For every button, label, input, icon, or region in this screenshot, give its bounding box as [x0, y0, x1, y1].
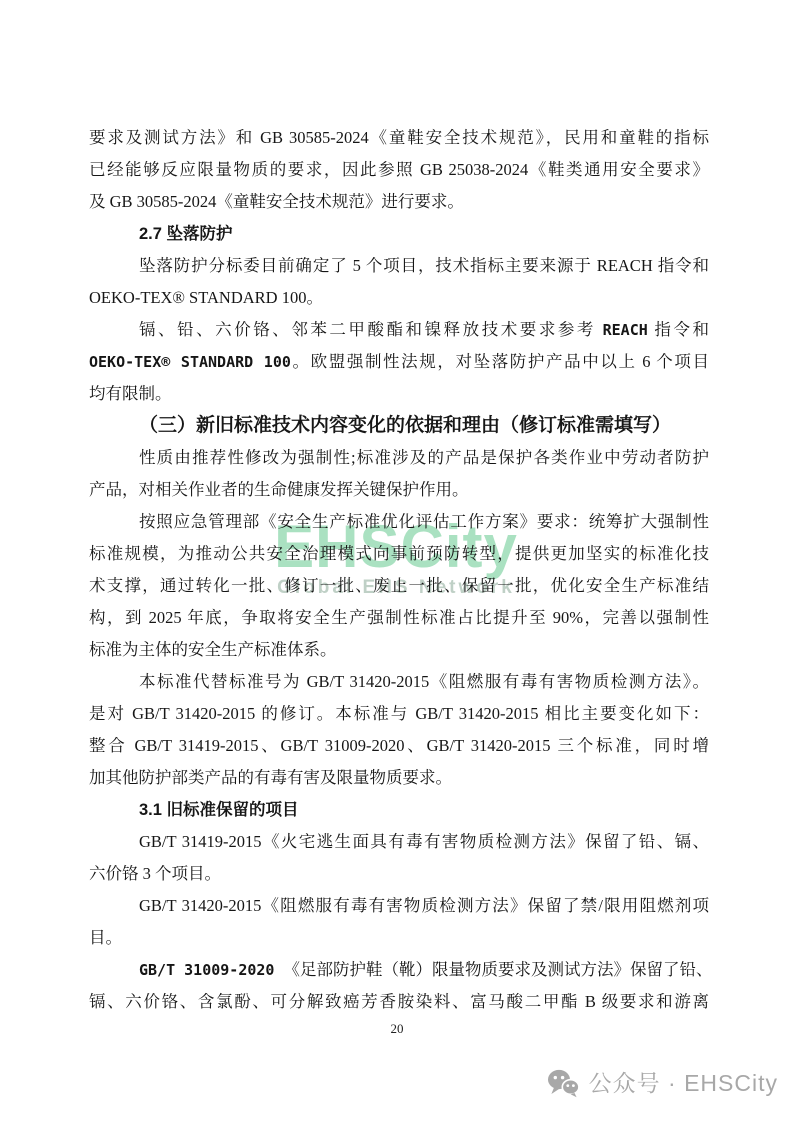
text-segment: 性质由推荐性修改为强制性;标准涉及的产品是保护各类作业中劳动者防护 — [139, 448, 709, 467]
section-heading: （三）新旧标准技术内容变化的依据和理由（修订标准需填写） — [89, 410, 709, 442]
text-segment: 构，到 2025 年底，争取将安全生产强制性标准占比提升至 90%，完善以强制性 — [89, 608, 709, 627]
text-segment: 及 GB 30585-2024《童鞋安全技术规范》进行要求。 — [89, 192, 464, 211]
text-segment: 目。 — [89, 928, 122, 947]
text-segment: 指令和 — [648, 320, 709, 339]
text-line: 加其他防护部类产品的有毒有害及限量物质要求。 — [89, 762, 709, 794]
wechat-icon — [547, 1069, 580, 1098]
text-segment-alt-font: GB/T 31009-2020 — [139, 961, 284, 979]
section-heading: 2.7 坠落防护 — [89, 218, 709, 250]
text-line: 整合 GB/T 31419-2015、GB/T 31009-2020、GB/T … — [89, 730, 709, 762]
text-line: 是对 GB/T 31420-2015 的修订。本标准与 GB/T 31420-2… — [89, 698, 709, 730]
text-line: 本标准代替标准号为 GB/T 31420-2015《阻燃服有毒有害物质检测方法》… — [89, 666, 709, 698]
text-segment: 标准规模，为推动公共安全治理模式向事前预防转型，提供更加坚实的标准化技 — [89, 544, 709, 563]
text-line: 性质由推荐性修改为强制性;标准涉及的产品是保护各类作业中劳动者防护 — [89, 442, 709, 474]
text-segment: 3.1 旧标准保留的项目 — [139, 801, 299, 819]
text-segment: 《足部防护鞋（靴）限量物质要求及测试方法》保留了铅、 — [284, 960, 713, 979]
document-page: EHSCity Global EHS Network 要求及测试方法》和 GB … — [0, 0, 794, 1123]
text-line: 标准为主体的安全生产标准体系。 — [89, 634, 709, 666]
text-line: 目。 — [89, 922, 709, 954]
text-segment: GB/T 31419-2015《火宅逃生面具有毒有害物质检测方法》保留了铅、镉、 — [139, 832, 709, 851]
text-line: 镉、六价铬、含氯酚、可分解致癌芳香胺染料、富马酸二甲酯 B 级要求和游离 — [89, 986, 709, 1018]
text-segment: 要求及测试方法》和 GB 30585-2024《童鞋安全技术规范》，民用和童鞋的… — [89, 128, 709, 147]
text-line: 镉、铅、六价铬、邻苯二甲酸酯和镍释放技术要求参考 REACH 指令和 — [89, 314, 709, 346]
text-line: 及 GB 30585-2024《童鞋安全技术规范》进行要求。 — [89, 186, 709, 218]
text-line: 术支撑，通过转化一批、修订一批、废止一批、保留一批，优化安全生产标准结 — [89, 570, 709, 602]
text-segment-alt-font: OEKO-TEX® STANDARD 100 — [89, 353, 291, 371]
text-segment: 加其他防护部类产品的有毒有害及限量物质要求。 — [89, 768, 452, 787]
text-line: 六价铬 3 个项目。 — [89, 858, 709, 890]
text-segment: OEKO-TEX® STANDARD 100。 — [89, 288, 323, 307]
text-segment: 术支撑，通过转化一批、修订一批、废止一批、保留一批，优化安全生产标准结 — [89, 576, 709, 595]
text-segment: 标准为主体的安全生产标准体系。 — [89, 640, 337, 659]
text-line: 构，到 2025 年底，争取将安全生产强制性标准占比提升至 90%，完善以强制性 — [89, 602, 709, 634]
text-segment: GB/T 31420-2015《阻燃服有毒有害物质检测方法》保留了禁/限用阻燃剂… — [139, 896, 709, 915]
wechat-footer-label: 公众号 · EHSCity — [589, 1066, 778, 1100]
text-segment: 是对 GB/T 31420-2015 的修订。本标准与 GB/T 31420-2… — [89, 704, 709, 723]
text-line: GB/T 31419-2015《火宅逃生面具有毒有害物质检测方法》保留了铅、镉、 — [89, 826, 709, 858]
text-line: OEKO-TEX® STANDARD 100。 — [89, 282, 709, 314]
text-line: GB/T 31009-2020 《足部防护鞋（靴）限量物质要求及测试方法》保留了… — [89, 954, 709, 986]
text-line: 均有限制。 — [89, 378, 709, 410]
text-segment: 镉、六价铬、含氯酚、可分解致癌芳香胺染料、富马酸二甲酯 B 级要求和游离 — [89, 992, 709, 1011]
text-segment: 产品，对相关作业者的生命健康发挥关键保护作用。 — [89, 480, 469, 499]
wechat-footer: 公众号 · EHSCity — [547, 1066, 778, 1100]
text-segment-alt-font: REACH — [603, 321, 648, 339]
text-segment: 按照应急管理部《安全生产标准优化评估工作方案》要求：统筹扩大强制性 — [139, 512, 709, 531]
text-segment: 坠落防护分标委目前确定了 5 个项目，技术指标主要来源于 REACH 指令和 — [139, 256, 709, 275]
text-segment: 2.7 坠落防护 — [139, 225, 233, 243]
text-segment: 已经能够反应限量物质的要求，因此参照 GB 25038-2024《鞋类通用安全要… — [89, 160, 709, 179]
text-segment: （三）新旧标准技术内容变化的依据和理由（修订标准需填写） — [139, 415, 671, 436]
text-line: 产品，对相关作业者的生命健康发挥关键保护作用。 — [89, 474, 709, 506]
text-line: 已经能够反应限量物质的要求，因此参照 GB 25038-2024《鞋类通用安全要… — [89, 154, 709, 186]
text-line: OEKO-TEX® STANDARD 100。欧盟强制性法规，对坠落防护产品中以… — [89, 346, 709, 378]
page-number: 20 — [0, 1021, 794, 1037]
text-line: 坠落防护分标委目前确定了 5 个项目，技术指标主要来源于 REACH 指令和 — [89, 250, 709, 282]
section-heading: 3.1 旧标准保留的项目 — [89, 794, 709, 826]
text-segment: 整合 GB/T 31419-2015、GB/T 31009-2020、GB/T … — [89, 736, 709, 755]
text-segment: 镉、铅、六价铬、邻苯二甲酸酯和镍释放技术要求参考 — [139, 320, 603, 339]
text-line: 按照应急管理部《安全生产标准优化评估工作方案》要求：统筹扩大强制性 — [89, 506, 709, 538]
document-body: 要求及测试方法》和 GB 30585-2024《童鞋安全技术规范》，民用和童鞋的… — [89, 122, 709, 1018]
text-segment: 。欧盟强制性法规，对坠落防护产品中以上 6 个项目 — [291, 352, 709, 371]
text-segment: 本标准代替标准号为 GB/T 31420-2015《阻燃服有毒有害物质检测方法》… — [139, 672, 709, 691]
text-line: 要求及测试方法》和 GB 30585-2024《童鞋安全技术规范》，民用和童鞋的… — [89, 122, 709, 154]
text-line: GB/T 31420-2015《阻燃服有毒有害物质检测方法》保留了禁/限用阻燃剂… — [89, 890, 709, 922]
text-line: 标准规模，为推动公共安全治理模式向事前预防转型，提供更加坚实的标准化技 — [89, 538, 709, 570]
text-segment: 均有限制。 — [89, 384, 172, 403]
text-segment: 六价铬 3 个项目。 — [89, 864, 221, 883]
